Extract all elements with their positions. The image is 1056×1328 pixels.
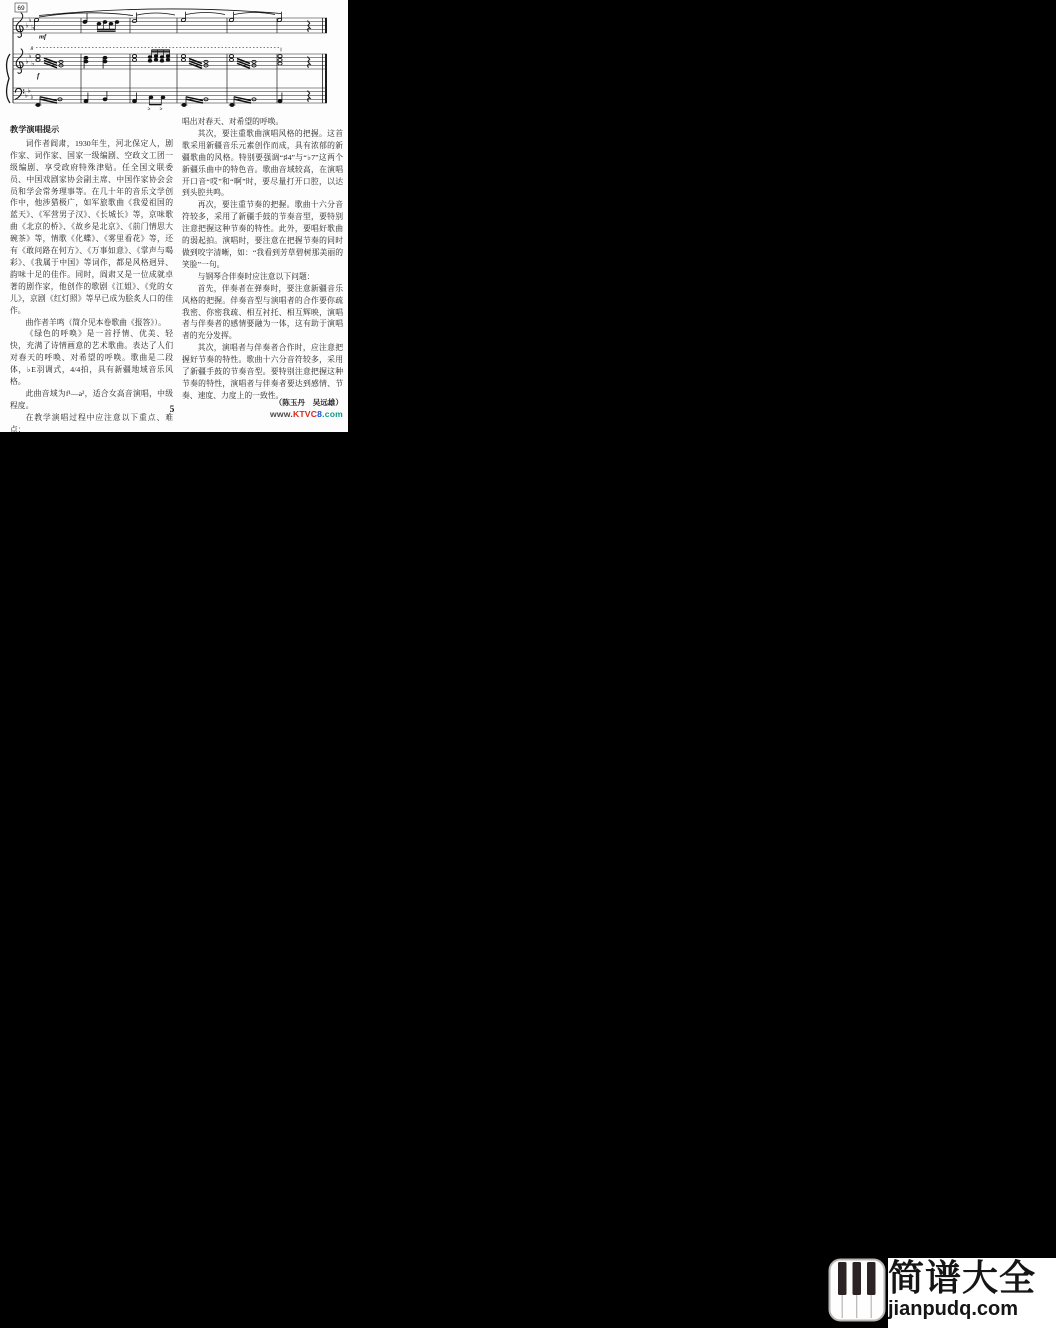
measure-number-box: 69 [15,3,27,12]
watermark-www: www. [270,409,293,419]
piano-keys-icon[interactable] [828,1258,886,1322]
paragraph: 其次，要注重歌曲演唱风格的把握。这首歌采用新疆音乐元素创作而成，具有浓郁的新疆歌… [182,128,343,199]
treble-clef-icon [16,13,23,38]
quarter-rest [308,91,311,102]
watermark-ktvc: KTVC [293,409,317,419]
svg-text:8: 8 [31,46,34,52]
piano-bass-notes: > > [35,91,310,113]
site-watermark[interactable]: www.KTVC8.com [182,409,343,419]
svg-text:♭: ♭ [31,59,34,67]
attribution: （陈玉丹 吴远雄） [182,397,343,408]
ottava-line: 8 [31,46,282,52]
svg-text:♭: ♭ [31,23,34,31]
dynamic-f: f [37,72,40,80]
paragraph: 词作者阎肃，1930年生，河北保定人，剧作家、词作家、国家一级编剧、空政文工团一… [10,138,173,317]
paragraph: 再次，要注重节奏的把握。歌曲十六分音符较多，采用了新疆手鼓的节奏音型，要特别注意… [182,199,343,270]
sheet-music-page: 69 ♭♭♭ ♭♭♭ ♭♭♭ 8 [0,0,348,432]
bass-clef-icon [15,88,24,99]
vocal-staff [13,18,327,33]
accent-mark: > [148,107,151,113]
piano-treble-notes [36,50,310,69]
section-heading: 教学演唱提示 [10,124,173,136]
vocal-notes [34,9,310,32]
paragraph: 在教学演唱过程中应注意以下重点、难点： [10,412,173,432]
quarter-rest [308,57,311,68]
dynamic-mf: mf [39,34,47,41]
svg-text:♭: ♭ [30,93,33,101]
measure-number: 69 [17,5,25,12]
page-number: 5 [162,405,182,415]
final-barline [323,18,327,103]
quarter-rest [308,21,311,32]
right-column: 唱出对春天、对希望的呼唤。 其次，要注重歌曲演唱风格的把握。这首歌采用新疆音乐元… [182,116,343,402]
paragraph: 曲作者羊鸣（简介见本卷歌曲《报答》）。 [10,317,173,329]
paragraph: 《绿色的呼唤》是一首抒情、优美、轻快，充满了诗情画意的艺术歌曲。表达了人们对春天… [10,328,173,388]
logo-title: 简谱大全 [888,1258,1056,1298]
music-score: 69 ♭♭♭ ♭♭♭ ♭♭♭ 8 [0,0,348,120]
credits-block: （陈玉丹 吴远雄） www.KTVC8.com [182,397,343,419]
accent-mark: > [160,107,163,113]
paragraph: 与钢琴合伴奏时应注意以下问题： [182,271,343,283]
paragraph: 此曲音域为f¹—a²，适合女高音演唱，中级程度。 [10,388,173,412]
paragraph: 唱出对春天、对希望的呼唤。 [182,116,343,128]
logo-domain: jianpudq.com [888,1298,1056,1320]
watermark-com: .com [322,409,343,419]
piano-brace [6,54,10,103]
paragraph: 首先，伴奏者在弹奏时，要注意新疆音乐风格的把握。伴奏音型与演唱者的合作要你疏我密… [182,283,343,343]
paragraph: 其次，演唱者与伴奏者合作时，应注意把握好节奏的特性。歌曲十六分音符较多，采用了新… [182,342,343,402]
left-column: 教学演唱提示 词作者阎肃，1930年生，河北保定人，剧作家、词作家、国家一级编剧… [10,124,173,432]
site-logo[interactable]: 简谱大全 jianpudq.com [888,1258,1056,1328]
